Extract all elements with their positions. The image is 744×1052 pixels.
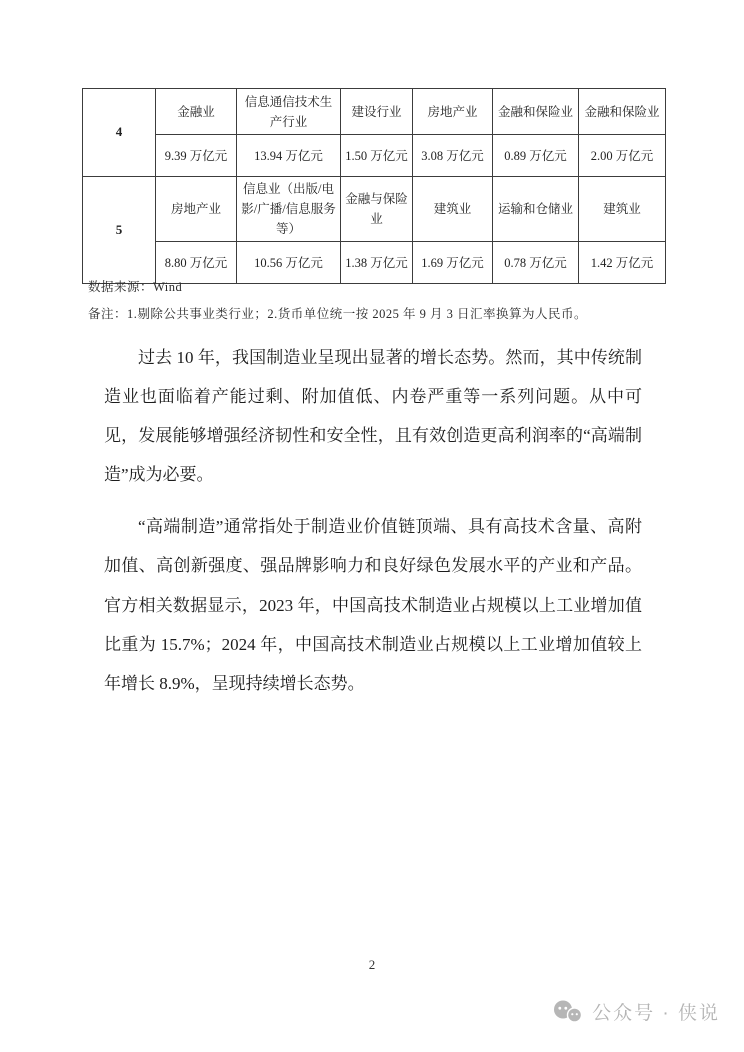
industry-value-table: 4 金融业 信息通信技术生产行业 建设行业 房地产业 金融和保险业 金融和保险业…	[82, 88, 666, 284]
industry-name-cell: 金融与保险业	[341, 177, 413, 242]
industry-name-cell: 建设行业	[341, 89, 413, 135]
wechat-official-account-icon	[553, 999, 583, 1024]
industry-value-cell: 3.08 万亿元	[413, 135, 493, 177]
paragraph-1: 过去 10 年，我国制造业呈现出显著的增长态势。然而，其中传统制造业也面临着产能…	[104, 338, 642, 494]
paragraph-2: “高端制造”通常指处于制造业价值链顶端、具有高技术含量、高附加值、高创新强度、强…	[104, 507, 642, 702]
industry-value-cell: 1.42 万亿元	[579, 242, 666, 284]
industry-value-cell: 2.00 万亿元	[579, 135, 666, 177]
industry-name-cell: 金融业	[156, 89, 237, 135]
industry-name-cell: 金融和保险业	[579, 89, 666, 135]
data-source-line: 数据来源：Wind	[88, 277, 182, 295]
industry-name-cell: 信息业（出版/电影/广播/信息服务等）	[237, 177, 341, 242]
industry-value-cell: 1.38 万亿元	[341, 242, 413, 284]
table-note-line: 备注：1.剔除公共事业类行业；2.货币单位统一按 2025 年 9 月 3 日汇…	[88, 304, 587, 322]
watermark-label: 公众号 · 侠说	[592, 998, 720, 1025]
document-page: 4 金融业 信息通信技术生产行业 建设行业 房地产业 金融和保险业 金融和保险业…	[0, 0, 744, 1052]
page-number: 2	[0, 957, 744, 973]
industry-name-cell: 运输和仓储业	[493, 177, 579, 242]
industry-name-cell: 建筑业	[579, 177, 666, 242]
body-text: 过去 10 年，我国制造业呈现出显著的增长态势。然而，其中传统制造业也面临着产能…	[104, 338, 642, 703]
table-row-4-names: 4 金融业 信息通信技术生产行业 建设行业 房地产业 金融和保险业 金融和保险业	[83, 89, 666, 135]
industry-value-cell: 1.50 万亿元	[341, 135, 413, 177]
industry-value-cell: 0.89 万亿元	[493, 135, 579, 177]
industry-value-cell: 13.94 万亿元	[237, 135, 341, 177]
industry-name-cell: 房地产业	[413, 89, 493, 135]
industry-value-cell: 9.39 万亿元	[156, 135, 237, 177]
table-row-5-names: 5 房地产业 信息业（出版/电影/广播/信息服务等） 金融与保险业 建筑业 运输…	[83, 177, 666, 242]
industry-name-cell: 房地产业	[156, 177, 237, 242]
industry-name-cell: 建筑业	[413, 177, 493, 242]
table-row-4-values: 9.39 万亿元 13.94 万亿元 1.50 万亿元 3.08 万亿元 0.8…	[83, 135, 666, 177]
industry-name-cell: 信息通信技术生产行业	[237, 89, 341, 135]
industry-name-cell: 金融和保险业	[493, 89, 579, 135]
watermark: 公众号 · 侠说	[553, 998, 720, 1025]
row-index-cell: 4	[83, 89, 156, 177]
industry-value-cell: 0.78 万亿元	[493, 242, 579, 284]
row-index-cell: 5	[83, 177, 156, 284]
industry-value-cell: 10.56 万亿元	[237, 242, 341, 284]
industry-value-cell: 1.69 万亿元	[413, 242, 493, 284]
